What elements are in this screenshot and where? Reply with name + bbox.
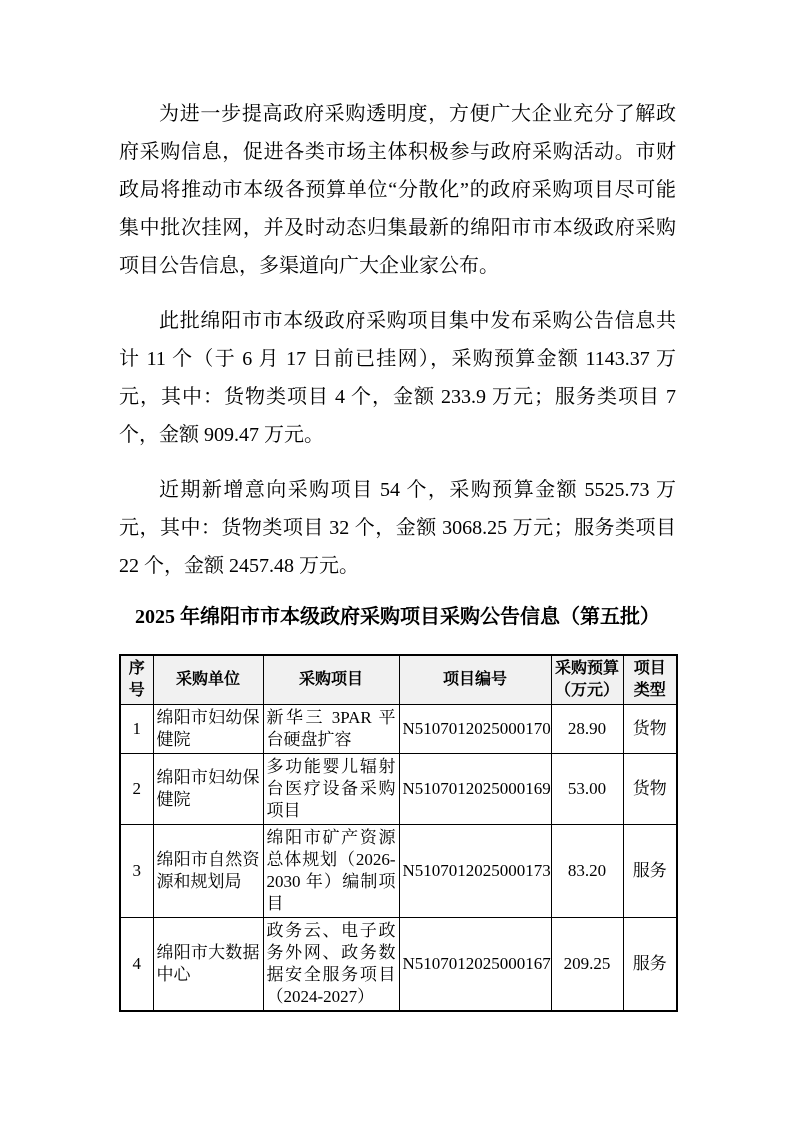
cell-project-code: N5107012025000169 bbox=[399, 754, 551, 825]
paragraph-new-intent-summary: 近期新增意向采购项目 54 个，采购预算金额 5525.73 万元，其中：货物类… bbox=[119, 471, 676, 585]
cell-budget: 209.25 bbox=[551, 918, 623, 1012]
cell-purchasing-unit: 绵阳市妇幼保健院 bbox=[153, 705, 263, 754]
cell-budget: 28.90 bbox=[551, 705, 623, 754]
cell-seq-no: 2 bbox=[120, 754, 153, 825]
table-row-4: 4 绵阳市大数据中心 政务云、电子政务外网、政务数据安全服务项目（2024-20… bbox=[120, 918, 677, 1012]
table-title: 2025 年绵阳市市本级政府采购项目采购公告信息（第五批） bbox=[119, 602, 676, 632]
procurement-table: 序号 采购单位 采购项目 项目编号 采购预算（万元） 项目类型 1 绵阳市妇幼保… bbox=[119, 654, 678, 1012]
cell-procurement-project: 绵阳市矿产资源总体规划（2026-2030 年）编制项目 bbox=[263, 825, 399, 918]
cell-project-code: N5107012025000167 bbox=[399, 918, 551, 1012]
cell-project-type: 货物 bbox=[623, 754, 677, 825]
paragraph-batch-summary: 此批绵阳市市本级政府采购项目集中发布采购公告信息共计 11 个（于 6 月 17… bbox=[119, 302, 676, 454]
cell-seq-no: 3 bbox=[120, 825, 153, 918]
cell-project-type: 服务 bbox=[623, 918, 677, 1012]
cell-seq-no: 1 bbox=[120, 705, 153, 754]
cell-purchasing-unit: 绵阳市大数据中心 bbox=[153, 918, 263, 1012]
paragraph-intro: 为进一步提高政府采购透明度，方便广大企业充分了解政府采购信息，促进各类市场主体积… bbox=[119, 95, 676, 285]
cell-project-type: 货物 bbox=[623, 705, 677, 754]
table-header-row: 序号 采购单位 采购项目 项目编号 采购预算（万元） 项目类型 bbox=[120, 655, 677, 705]
cell-procurement-project: 政务云、电子政务外网、政务数据安全服务项目（2024-2027） bbox=[263, 918, 399, 1012]
header-seq-no: 序号 bbox=[120, 655, 153, 705]
cell-budget: 83.20 bbox=[551, 825, 623, 918]
table-row-1: 1 绵阳市妇幼保健院 新华三 3PAR 平台硬盘扩容 N510701202500… bbox=[120, 705, 677, 754]
header-budget: 采购预算（万元） bbox=[551, 655, 623, 705]
document-page: 为进一步提高政府采购透明度，方便广大企业充分了解政府采购信息，促进各类市场主体积… bbox=[0, 0, 793, 1122]
cell-seq-no: 4 bbox=[120, 918, 153, 1012]
cell-procurement-project: 多功能婴儿辐射台医疗设备采购项目 bbox=[263, 754, 399, 825]
cell-project-code: N5107012025000173 bbox=[399, 825, 551, 918]
table-row-3: 3 绵阳市自然资源和规划局 绵阳市矿产资源总体规划（2026-2030 年）编制… bbox=[120, 825, 677, 918]
table-row-2: 2 绵阳市妇幼保健院 多功能婴儿辐射台医疗设备采购项目 N51070120250… bbox=[120, 754, 677, 825]
header-procurement-project: 采购项目 bbox=[263, 655, 399, 705]
header-project-code: 项目编号 bbox=[399, 655, 551, 705]
header-purchasing-unit: 采购单位 bbox=[153, 655, 263, 705]
cell-project-type: 服务 bbox=[623, 825, 677, 918]
cell-purchasing-unit: 绵阳市自然资源和规划局 bbox=[153, 825, 263, 918]
header-project-type: 项目类型 bbox=[623, 655, 677, 705]
cell-budget: 53.00 bbox=[551, 754, 623, 825]
cell-purchasing-unit: 绵阳市妇幼保健院 bbox=[153, 754, 263, 825]
cell-procurement-project: 新华三 3PAR 平台硬盘扩容 bbox=[263, 705, 399, 754]
cell-project-code: N5107012025000170 bbox=[399, 705, 551, 754]
